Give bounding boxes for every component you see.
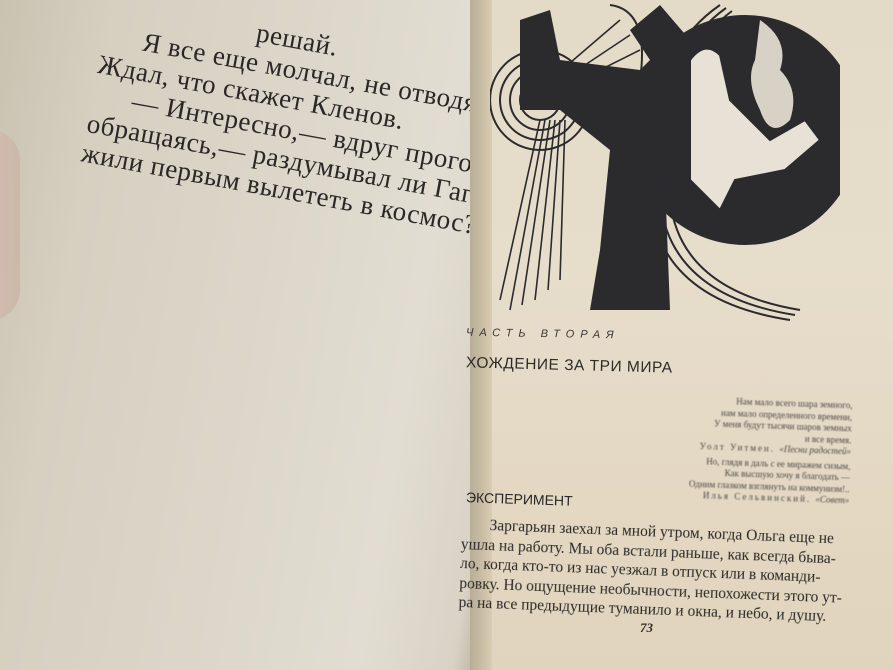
book-photo: решай. Я все еще молчал, не отводя глаз … <box>0 0 893 670</box>
epigraph: Нам мало всего шара земного, нам мало оп… <box>429 386 852 507</box>
finger <box>0 130 20 320</box>
page-number: 73 <box>640 620 653 636</box>
epigraph-source: «Песни радостей» <box>779 444 851 456</box>
engraving-illustration <box>490 0 840 330</box>
right-page-body: Заргарьян заехал за мной утром, когда Ол… <box>458 515 861 628</box>
epigraph-source: «Совет» <box>815 494 849 505</box>
epigraph-author: Уолт Уитмен. <box>699 441 775 454</box>
left-page: решай. Я все еще молчал, не отводя глаз … <box>0 0 475 670</box>
